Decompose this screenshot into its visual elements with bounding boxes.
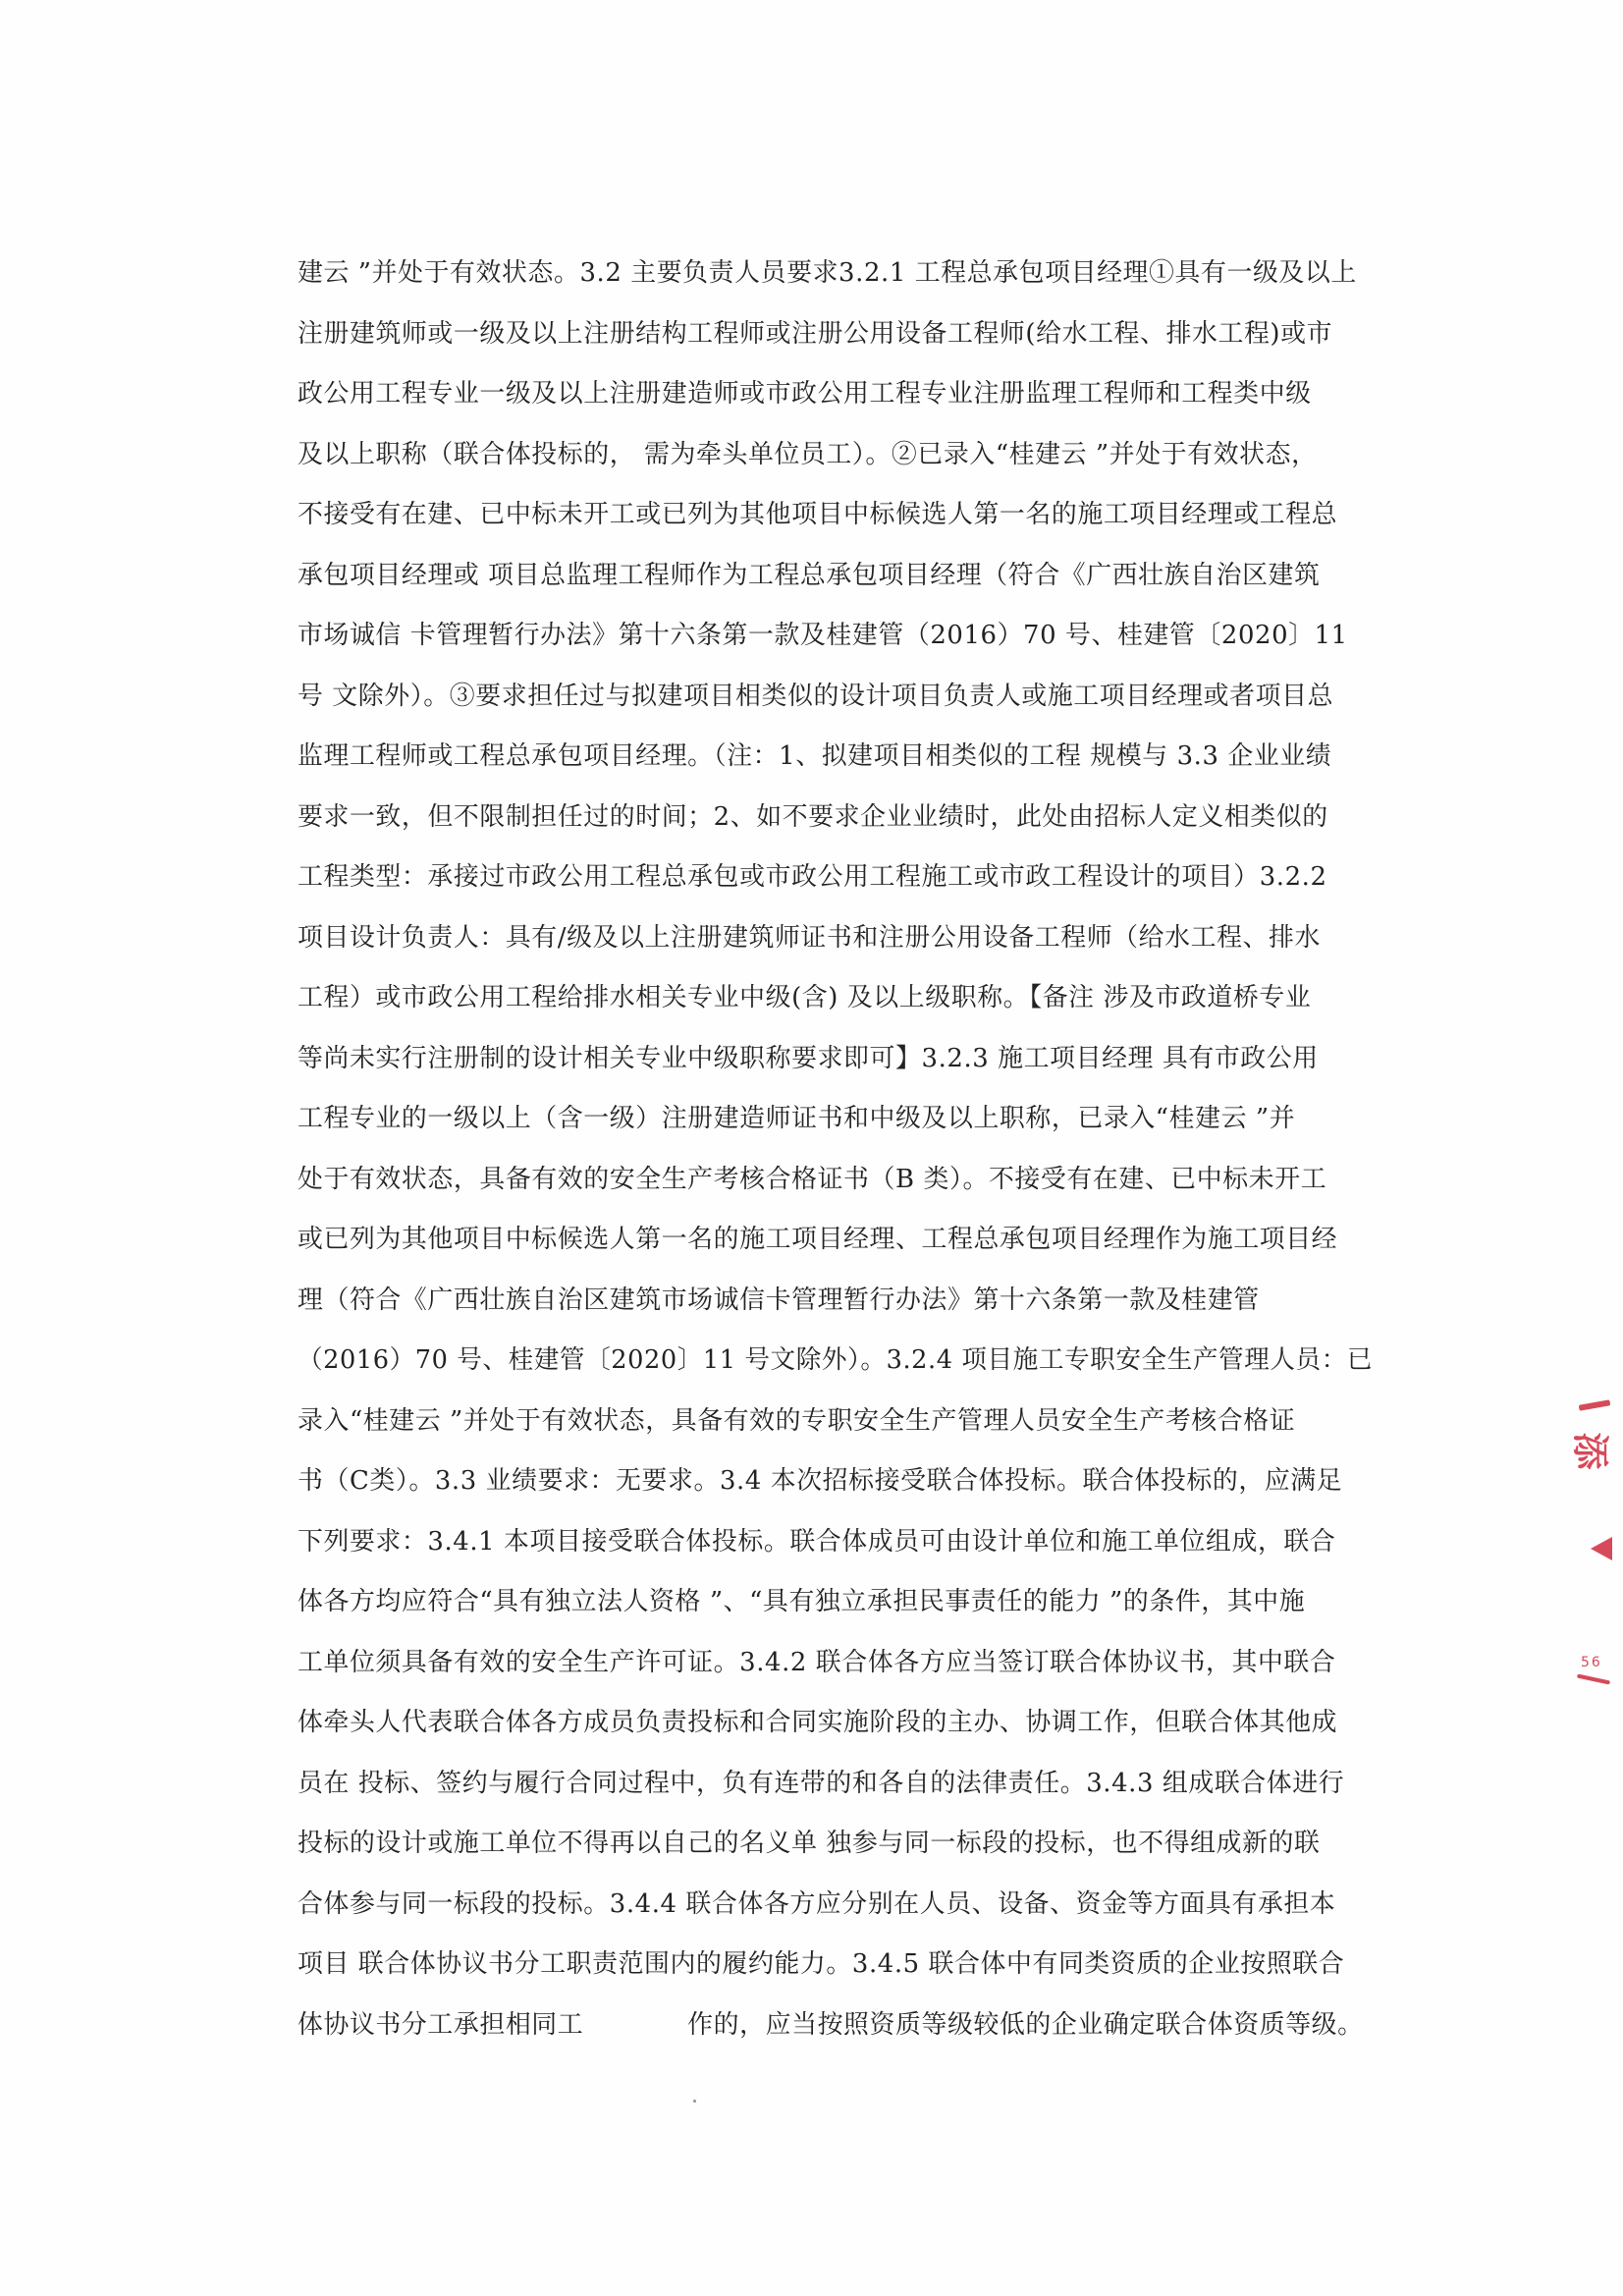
text-line: 市场诚信 卡管理暂行办法》第十六条第一款及桂建管（2016）70 号、桂建管〔2…	[298, 606, 1373, 667]
text-line: 或已列为其他项目中标候选人第一名的施工项目经理、工程总承包项目经理作为施工项目经	[298, 1210, 1373, 1271]
text-line: 项目设计负责人：具有/级及以上注册建筑师证书和注册公用设备工程师（给水工程、排水	[298, 908, 1373, 969]
text-line: 等尚未实行注册制的设计相关专业中级职称要求即可】3.2.3 施工项目经理 具有市…	[298, 1029, 1373, 1090]
stamp-triangle-icon	[1591, 1537, 1612, 1560]
text-line: 理（符合《广西壮族自治区建筑市场诚信卡管理暂行办法》第十六条第一款及桂建管	[298, 1271, 1373, 1332]
text-line: 合体参与同一标段的投标。3.4.4 联合体各方应分别在人员、设备、资金等方面具有…	[298, 1875, 1373, 1936]
document-body: 建云 ”并处于有效状态。3.2 主要负责人员要求3.2.1 工程总承包项目经理①…	[298, 244, 1378, 2055]
text-line: 体各方均应符合“具有独立法人资格 ”、“具有独立承担民事责任的能力 ”的条件，其…	[298, 1572, 1373, 1633]
text-line: 建云 ”并处于有效状态。3.2 主要负责人员要求3.2.1 工程总承包项目经理①…	[298, 244, 1373, 304]
stamp-border-arc	[1577, 1674, 1610, 1685]
text-line: 投标的设计或施工单位不得再以自己的名义单 独参与同一标段的投标，也不得组成新的联	[298, 1814, 1373, 1875]
text-line: 政公用工程专业一级及以上注册建造师或市政公用工程专业注册监理工程师和工程类中级	[298, 364, 1373, 425]
text-line: 注册建筑师或一级及以上注册结构工程师或注册公用设备工程师(给水工程、排水工程)或…	[298, 304, 1373, 365]
text-line: 号 文除外）。③要求担任过与拟建项目相类似的设计项目负责人或施工项目经理或者项目…	[298, 667, 1373, 728]
text-line: 录入“桂建云 ”并处于有效状态，具备有效的专职安全生产管理人员安全生产考核合格证	[298, 1392, 1373, 1452]
stamp-character: 添	[1567, 1432, 1621, 1469]
text-line: 工程专业的一级以上（含一级）注册建造师证书和中级及以上职称，已录入“桂建云 ”并	[298, 1089, 1373, 1150]
text-line: 员在 投标、签约与履行合同过程中，负有连带的和各自的法律责任。3.4.3 组成联…	[298, 1754, 1373, 1815]
text-line: （2016）70 号、桂建管〔2020〕11 号文除外）。3.2.4 项目施工专…	[298, 1331, 1360, 1392]
text-line: 项目 联合体协议书分工职责范围内的履约能力。3.4.5 联合体中有同类资质的企业…	[298, 1935, 1373, 1995]
text-line: 及以上职称（联合体投标的， 需为牵头单位员工）。②已录入“桂建云 ”并处于有效状…	[298, 425, 1373, 486]
text-line: 承包项目经理或 项目总监理工程师作为工程总承包项目经理（符合《广西壮族自治区建筑	[298, 546, 1373, 607]
text-line: 体牵头人代表联合体各方成员负责投标和合同实施阶段的主办、协调工作，但联合体其他成	[298, 1693, 1373, 1754]
stamp-border-arc	[1579, 1399, 1611, 1410]
text-line: 要求一致，但不限制担任过的时间；2、如不要求企业业绩时，此处由招标人定义相类似的	[298, 788, 1373, 848]
text-line: 书（C类）。3.3 业绩要求：无要求。3.4 本次招标接受联合体投标。联合体投标…	[298, 1451, 1373, 1512]
text-line: 体协议书分工承担相同工 作的，应当按照资质等级较低的企业确定联合体资质等级。	[298, 1995, 1373, 2056]
text-line: 工程）或市政公用工程给排水相关专业中级(含) 及以上级职称。【备注 涉及市政道桥…	[298, 968, 1373, 1029]
text-line: 工程类型：承接过市政公用工程总承包或市政公用工程施工或市政工程设计的项目）3.2…	[298, 847, 1373, 908]
text-line: 监理工程师或工程总承包项目经理。（注：1、拟建项目相类似的工程 规模与 3.3 …	[298, 727, 1373, 788]
stamp-digits: 56	[1581, 1655, 1602, 1670]
document-page: 建云 ”并处于有效状态。3.2 主要负责人员要求3.2.1 工程总承包项目经理①…	[0, 0, 1623, 2296]
text-line: 处于有效状态，具备有效的安全生产考核合格证书（B 类）。不接受有在建、已中标未开…	[298, 1150, 1373, 1211]
text-line: 工单位须具备有效的安全生产许可证。3.4.2 联合体各方应当签订联合体协议书，其…	[298, 1633, 1373, 1694]
scan-speck	[693, 2100, 696, 2103]
text-line: 不接受有在建、已中标未开工或已列为其他项目中标候选人第一名的施工项目经理或工程总	[298, 485, 1373, 546]
seal-stamp-fragment: 添 56	[1571, 1394, 1623, 1728]
text-line: 下列要求：3.4.1 本项目接受联合体投标。联合体成员可由设计单位和施工单位组成…	[298, 1512, 1373, 1573]
